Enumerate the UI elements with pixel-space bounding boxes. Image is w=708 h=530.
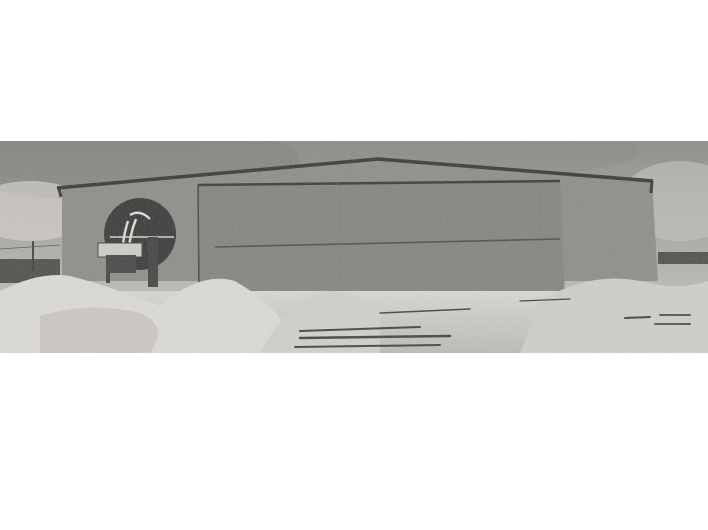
hangar-photo <box>0 141 708 353</box>
hangar-door <box>198 181 565 301</box>
